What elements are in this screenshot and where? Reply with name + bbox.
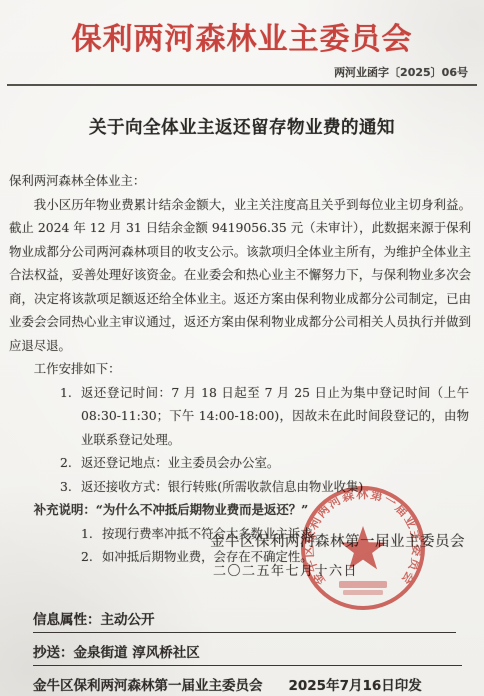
work-item-1-number: 1. — [60, 381, 81, 452]
seal-star-icon — [340, 526, 386, 569]
work-item-2-text: 返还登记地点：业主委员会办公室。 — [81, 451, 471, 475]
body-paragraph: 我小区历年物业费累计结余金额大，业主关注度高且关乎到每位业主切身利益。截止 20… — [9, 193, 471, 358]
footer-line-info-attribute: 信息属性：主动公开 — [33, 606, 456, 633]
work-item-1-text: 返还登记时间：7 月 18 日起至 7 月 25 日止为集中登记时间（上午 08… — [81, 381, 471, 452]
work-item-2: 2. 返还登记地点：业主委员会办公室。 — [60, 451, 471, 475]
notice-document-page: 保利两河森林业主委员会 两河业函字〔2025〕06号 关于向全体业主返还留存物业… — [0, 0, 484, 696]
footer-line-cc: 抄送：金泉街道 淳风桥社区 — [33, 639, 462, 666]
seal-record-mark — [339, 581, 387, 588]
work-item-1: 1. 返还登记时间：7 月 18 日起至 7 月 25 日止为集中登记时间（上午… — [60, 381, 471, 452]
org-title: 保利两河森林业主委员会 — [10, 14, 474, 58]
work-item-2-number: 2. — [60, 451, 81, 475]
doc-number: 两河业函字〔2025〕06号 — [0, 64, 468, 80]
footer-line-issue: 金牛区保利两河森林第一届业主委员会 2025年7月16日印发 — [33, 672, 469, 696]
footer-issuing-org: 金牛区保利两河森林第一届业主委员会 — [33, 674, 263, 694]
footer-issue-date: 2025年7月16日印发 — [289, 674, 422, 694]
footer-block: 信息属性：主动公开 抄送：金泉街道 淳风桥社区 金牛区保利两河森林第一届业主委员… — [0, 606, 484, 696]
supplement-item-1-number: 1. — [81, 522, 102, 546]
supplement-item-2-number: 2. — [81, 545, 102, 569]
work-plan-heading: 工作安排如下： — [9, 357, 471, 381]
work-item-3-number: 3. — [60, 475, 81, 499]
salutation: 保利两河森林全体业主： — [9, 169, 471, 193]
notice-title: 关于向全体业主返还留存物业费的通知 — [12, 114, 472, 139]
header-rule — [7, 84, 477, 86]
official-seal: 金牛区保利两河森林第一届业主委员会 — [288, 476, 438, 626]
footer-gap — [263, 674, 289, 694]
